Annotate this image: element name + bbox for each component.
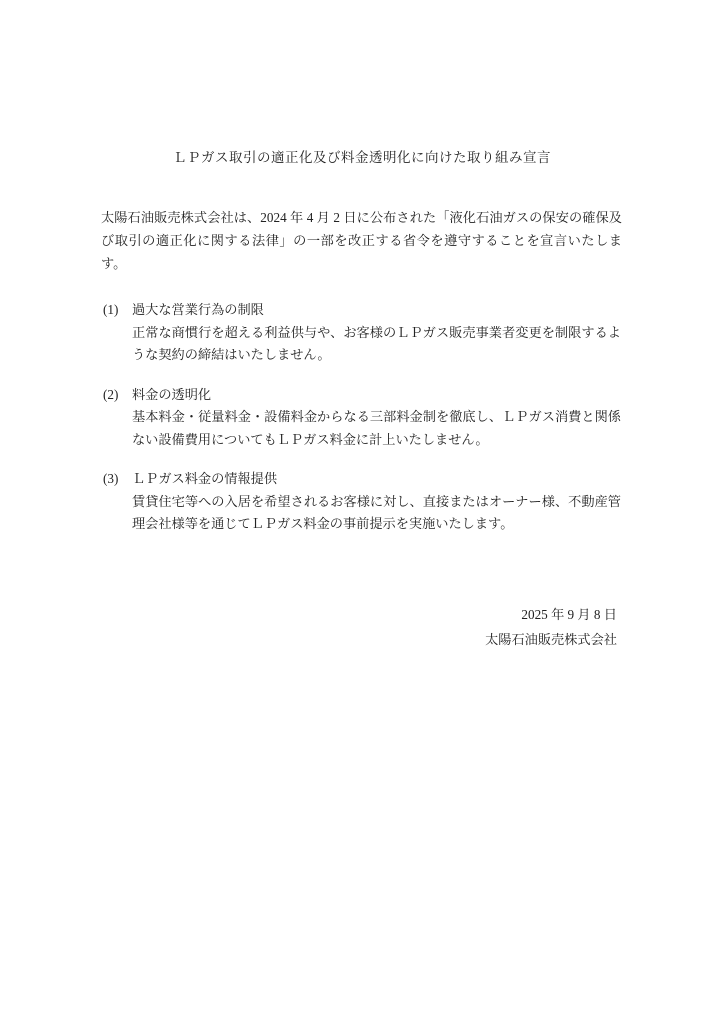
item-3-number: (3): [103, 468, 132, 536]
item-3-body: 賃貸住宅等への入居を希望されるお客様に対し、直接またはオーナー様、不動産管理会社…: [132, 491, 621, 536]
item-1-heading: 過大な営業行為の制限: [132, 299, 621, 322]
signature-block: 2025 年 9 月 8 日 太陽石油販売株式会社: [485, 603, 617, 652]
document-page: ＬＰガス取引の適正化及び料金透明化に向けた取り組み宣言 太陽石油販売株式会社は、…: [0, 0, 724, 1024]
item-1-content: 過大な営業行為の制限 正常な商慣行を超える利益供与や、お客様のＬＰガス販売事業者…: [132, 299, 621, 367]
list-item-2: (2) 料金の透明化 基本料金・従量料金・設備料金からなる三部料金制を徹底し、Ｌ…: [103, 384, 623, 452]
document-title: ＬＰガス取引の適正化及び料金透明化に向けた取り組み宣言: [0, 146, 724, 166]
item-1-body: 正常な商慣行を超える利益供与や、お客様のＬＰガス販売事業者変更を制限するような契…: [132, 322, 621, 367]
item-2-heading: 料金の透明化: [132, 384, 621, 407]
list-item-3: (3) ＬＰガス料金の情報提供 賃貸住宅等への入居を希望されるお客様に対し、直接…: [103, 468, 623, 536]
date-line: 2025 年 9 月 8 日: [485, 603, 617, 628]
item-3-content: ＬＰガス料金の情報提供 賃貸住宅等への入居を希望されるお客様に対し、直接またはオ…: [132, 468, 621, 536]
list-item-1: (1) 過大な営業行為の制限 正常な商慣行を超える利益供与や、お客様のＬＰガス販…: [103, 299, 623, 367]
item-2-body: 基本料金・従量料金・設備料金からなる三部料金制を徹底し、ＬＰガス消費と関係ない設…: [132, 406, 621, 451]
item-3-heading: ＬＰガス料金の情報提供: [132, 468, 621, 491]
item-2-number: (2): [103, 384, 132, 452]
company-name: 太陽石油販売株式会社: [485, 628, 617, 653]
declaration-list: (1) 過大な営業行為の制限 正常な商慣行を超える利益供与や、お客様のＬＰガス販…: [103, 299, 623, 553]
item-2-content: 料金の透明化 基本料金・従量料金・設備料金からなる三部料金制を徹底し、ＬＰガス消…: [132, 384, 621, 452]
intro-paragraph: 太陽石油販売株式会社は、2024 年 4 月 2 日に公布された「液化石油ガスの…: [101, 206, 622, 275]
item-1-number: (1): [103, 299, 132, 367]
